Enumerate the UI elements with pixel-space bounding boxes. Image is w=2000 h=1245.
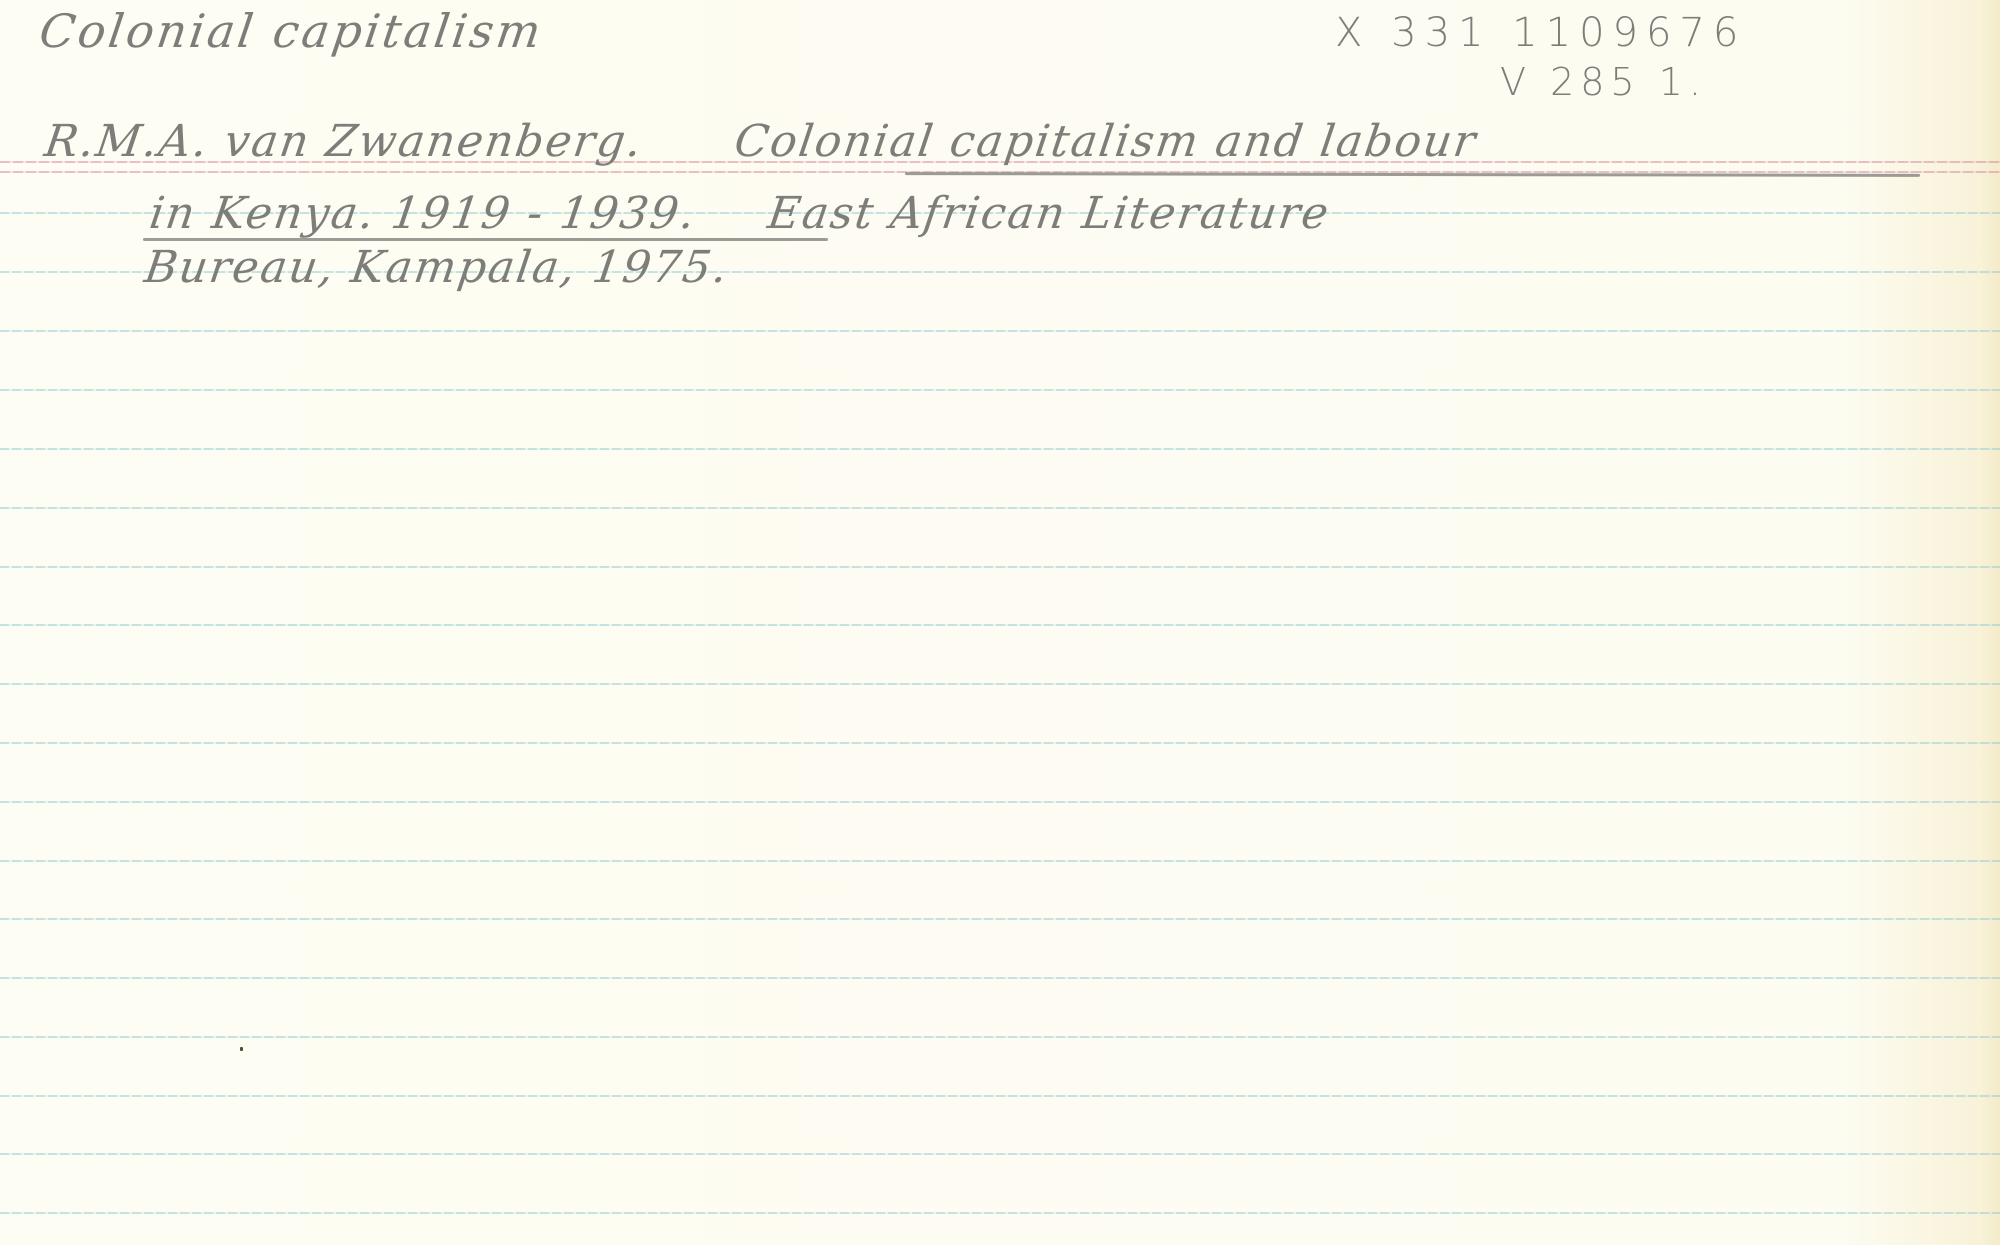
ruled-line <box>0 801 2000 803</box>
ruled-line <box>0 683 2000 685</box>
publisher-part-2: Bureau, Kampala, 1975. <box>141 242 732 293</box>
ruled-line <box>0 860 2000 862</box>
title-underline-1 <box>905 172 1920 177</box>
entry-line-3: Bureau, Kampala, 1975. <box>141 242 732 293</box>
volume-line: V 285 1. <box>1500 60 1707 104</box>
ruled-line <box>0 389 2000 391</box>
title-part-2: in Kenya. 1919 - 1939. <box>146 188 699 239</box>
ruled-line <box>0 566 2000 568</box>
author: R.M.A. van Zwanenberg. <box>41 116 646 167</box>
entry-line-1: R.M.A. van Zwanenberg. Colonial capitali… <box>41 116 1480 167</box>
ruled-line <box>0 918 2000 920</box>
paper-speck <box>240 1047 243 1051</box>
ruled-line <box>0 507 2000 509</box>
ruled-line <box>0 977 2000 979</box>
subject-heading: Colonial capitalism <box>36 4 547 58</box>
title-underline-2 <box>143 238 828 241</box>
entry-line-2: in Kenya. 1919 - 1939. East African Lite… <box>146 188 1333 239</box>
call-number: X 331 1109676 <box>1335 10 1746 56</box>
ruled-line <box>0 1153 2000 1155</box>
ruled-line <box>0 448 2000 450</box>
catalog-card: Colonial capitalism X 331 1109676 V 285 … <box>0 0 2000 1245</box>
ruled-line <box>0 1212 2000 1214</box>
ruled-line <box>0 624 2000 626</box>
ruled-line <box>0 742 2000 744</box>
ruled-line <box>0 1095 2000 1097</box>
ruled-line <box>0 330 2000 332</box>
title-part-1: Colonial capitalism and labour <box>731 116 1480 167</box>
publisher-part-1: East African Literature <box>765 188 1334 239</box>
ruled-line <box>0 1036 2000 1038</box>
